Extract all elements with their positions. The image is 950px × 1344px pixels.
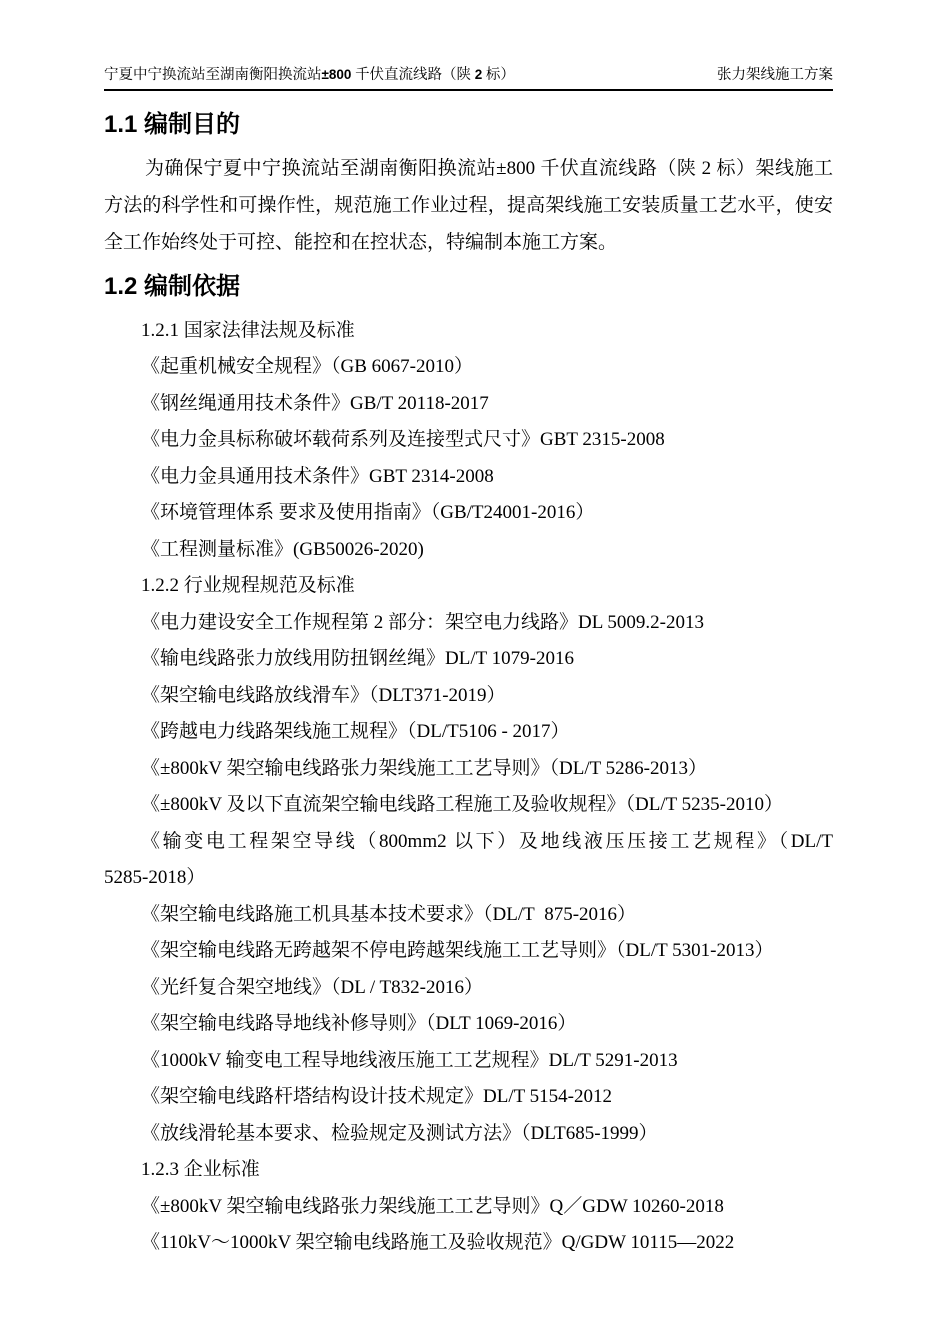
standard-reference: 《架空输电线路无跨越架不停电跨越架线施工工艺导则》（DL/T 5301-2013… <box>104 933 833 970</box>
standard-reference: 《架空输电线路杆塔结构设计技术规定》DL/T 5154-2012 <box>104 1079 833 1116</box>
header-voltage-number: ±800 <box>322 67 352 82</box>
standard-reference: 《电力金具通用技术条件》GBT 2314-2008 <box>104 459 833 496</box>
standard-reference: 《电力建设安全工作规程第 2 部分：架空电力线路》DL 5009.2-2013 <box>104 605 833 642</box>
standard-reference-continuation: 5285-2018） <box>104 860 833 897</box>
section-heading-basis: 1.2 编制依据 <box>104 273 833 302</box>
standard-reference: 《钢丝绳通用技术条件》GB/T 20118-2017 <box>104 386 833 423</box>
header-project-title-suffix: 标） <box>482 67 515 83</box>
subsection-title: 1.2.3 企业标准 <box>104 1152 833 1189</box>
standard-reference: 《跨越电力线路架线施工规程》（DL/T5106 - 2017） <box>104 714 833 751</box>
standard-reference: 《光纤复合架空地线》（DL / T832-2016） <box>104 970 833 1007</box>
standard-reference: 《放线滑轮基本要求、检验规定及测试方法》（DLT685-1999） <box>104 1116 833 1153</box>
page-header: 宁夏中宁换流站至湖南衡阳换流站±800 千伏直流线路（陕 2 标） 张力架线施工… <box>104 0 833 91</box>
standard-reference: 《起重机械安全规程》（GB 6067-2010） <box>104 349 833 386</box>
standard-reference: 《输变电工程架空导线（800mm2 以下）及地线液压压接工艺规程》（DL/T <box>104 824 833 861</box>
standard-reference: 《±800kV 架空输电线路张力架线施工工艺导则》（DL/T 5286-2013… <box>104 751 833 788</box>
standard-reference: 《1000kV 输变电工程导地线液压施工工艺规程》DL/T 5291-2013 <box>104 1043 833 1080</box>
subsection-title: 1.2.2 行业规程规范及标准 <box>104 568 833 605</box>
standard-reference: 《±800kV 架空输电线路张力架线施工工艺导则》Q／GDW 10260-201… <box>104 1189 833 1226</box>
section-heading-purpose: 1.1 编制目的 <box>104 111 833 140</box>
standard-reference: 《110kV～1000kV 架空输电线路施工及验收规范》Q/GDW 10115—… <box>104 1225 833 1262</box>
standard-reference: 《架空输电线路施工机具基本技术要求》（DL/T 875-2016） <box>104 897 833 934</box>
header-project-title-middle: 千伏直流线路（陕 <box>351 67 474 83</box>
standard-reference: 《架空输电线路放线滑车》（DLT371-2019） <box>104 678 833 715</box>
subsection-title: 1.2.1 国家法律法规及标准 <box>104 313 833 350</box>
standard-reference: 《电力金具标称破坏载荷系列及连接型式尺寸》GBT 2315-2008 <box>104 422 833 459</box>
page-header-row: 宁夏中宁换流站至湖南衡阳换流站±800 千伏直流线路（陕 2 标） 张力架线施工… <box>104 66 833 89</box>
document-page: 宁夏中宁换流站至湖南衡阳换流站±800 千伏直流线路（陕 2 标） 张力架线施工… <box>0 0 950 1344</box>
document-body: 1.1 编制目的 为确保宁夏中宁换流站至湖南衡阳换流站±800 千伏直流线路（陕… <box>104 92 833 1262</box>
standards-list: 1.2.1 国家法律法规及标准 《起重机械安全规程》（GB 6067-2010）… <box>104 313 833 1262</box>
header-project-title: 宁夏中宁换流站至湖南衡阳换流站±800 千伏直流线路（陕 2 标） <box>104 66 515 86</box>
standard-reference: 《架空输电线路导地线补修导则》（DLT 1069-2016） <box>104 1006 833 1043</box>
standard-reference: 《工程测量标准》(GB50026-2020) <box>104 532 833 569</box>
standard-reference: 《±800kV 及以下直流架空输电线路工程施工及验收规程》（DL/T 5235-… <box>104 787 833 824</box>
standard-reference: 《输电线路张力放线用防扭钢丝绳》DL/T 1079-2016 <box>104 641 833 678</box>
standard-reference: 《环境管理体系 要求及使用指南》（GB/T24001-2016） <box>104 495 833 532</box>
header-project-title-prefix: 宁夏中宁换流站至湖南衡阳换流站 <box>104 67 322 83</box>
header-document-title: 张力架线施工方案 <box>717 66 833 86</box>
purpose-paragraph: 为确保宁夏中宁换流站至湖南衡阳换流站±800 千伏直流线路（陕 2 标）架线施工… <box>104 150 833 261</box>
